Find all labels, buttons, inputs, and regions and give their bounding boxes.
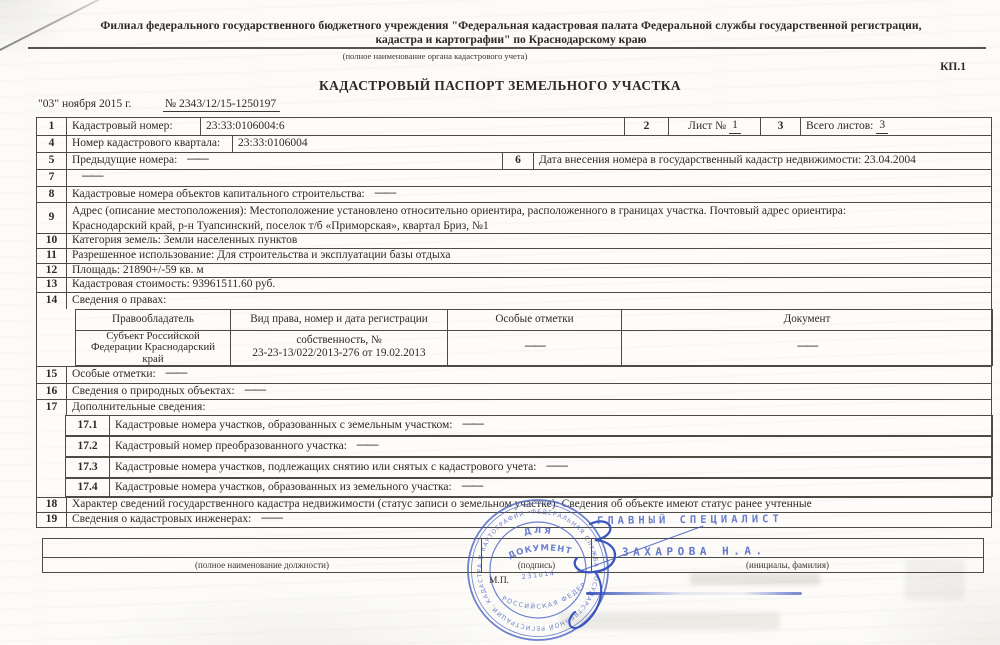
subrow-number: 17.3 <box>66 458 110 477</box>
cadastral-table: 1 Кадастровый номер: 23:33:0106004:6 2 Л… <box>36 117 992 528</box>
previous-numbers-cell: Предыдущие номера: —— <box>67 153 503 169</box>
cadastral-value-text: Кадастровая стоимость: 93961511.60 руб. <box>67 278 991 292</box>
subrow-17-1: 17.1 Кадастровые номера участков, образо… <box>65 415 993 436</box>
area-text: Площадь: 21890+/-59 кв. м <box>67 264 991 277</box>
empty-dash: —— <box>187 153 207 167</box>
total-sheets-cell: Всего листов: 3 <box>801 118 991 135</box>
permitted-use-text: Разрешенное использование: Для строитель… <box>67 249 991 263</box>
row-number: 13 <box>37 278 67 292</box>
subrow-label: Кадастровые номера участков, образованны… <box>115 419 453 433</box>
quarter-number-label: Номер кадастрового квартала: <box>67 136 233 152</box>
rights-holder: Субъект Российской Федерации Краснодарск… <box>76 331 231 365</box>
org-caption: (полное наименование органа кадастрового… <box>0 51 870 61</box>
empty-dash: —— <box>82 170 102 184</box>
row-15: 15 Особые отметки: —— <box>37 366 991 383</box>
subrow-text: Кадастровый номер преобразованного участ… <box>110 437 992 456</box>
rights-header-type: Вид права, номер и дата регистрации <box>231 310 448 330</box>
empty-dash: —— <box>463 418 483 432</box>
row-8: 8 Кадастровые номера объектов капитально… <box>37 186 991 202</box>
subrow-number: 17.2 <box>66 437 110 456</box>
position-cell <box>43 539 482 557</box>
row-9: 9 Адрес (описание местоположения): Место… <box>37 202 991 233</box>
sheet-label: Лист № <box>688 120 726 134</box>
org-name-line1: Филиал федерального государственного бюд… <box>30 19 992 32</box>
document-title: КАДАСТРОВЫЙ ПАСПОРТ ЗЕМЕЛЬНОГО УЧАСТКА <box>0 78 1000 94</box>
total-sheets-label: Всего листов: <box>806 120 873 134</box>
subrow-text: Кадастровые номера участков, подлежащих … <box>110 458 992 477</box>
row-number: 14 <box>37 293 67 309</box>
capital-objects-label: Кадастровые номера объектов капитального… <box>72 188 365 202</box>
total-sheets-value: 3 <box>876 119 888 134</box>
row-number: 15 <box>37 367 67 383</box>
empty-cell: —— <box>67 170 991 186</box>
rights-type-line2: 23-23-13/022/2013-276 от 19.02.2013 <box>236 347 442 360</box>
row-number: 4 <box>37 136 67 152</box>
empty-dash: —— <box>166 367 186 381</box>
subrow-label: Кадастровые номера участков, образованны… <box>115 481 452 495</box>
scan-smudge <box>905 560 965 600</box>
subrow-17-3: 17.3 Кадастровые номера участков, подлеж… <box>65 457 993 478</box>
empty-dash: —— <box>375 187 395 200</box>
subrow-label: Кадастровые номера участков, подлежащих … <box>115 461 536 475</box>
row-number: 19 <box>37 513 67 527</box>
row-7: 7 —— <box>37 169 991 186</box>
row-5-6: 5 Предыдущие номера: —— 6 Дата внесения … <box>37 152 991 169</box>
row-14-block: 14 Сведения о правах: Правообладатель Ви… <box>37 292 991 366</box>
address-line1: Адрес (описание местоположения): Местопо… <box>72 204 986 219</box>
row-number: 12 <box>37 264 67 277</box>
sheet-value: 1 <box>729 119 741 134</box>
rights-document-cell: —— <box>622 331 992 365</box>
special-notes-cell: Особые отметки: —— <box>67 367 991 383</box>
row-10: 10 Категория земель: Земли населенных пу… <box>37 233 991 248</box>
empty-dash: —— <box>245 384 265 397</box>
row-number: 17 <box>37 400 67 415</box>
rights-label-row: 14 Сведения о правах: <box>37 293 991 309</box>
rights-label: Сведения о правах: <box>67 293 991 309</box>
empty-dash: —— <box>261 513 281 526</box>
natural-objects-cell: Сведения о природных объектах: —— <box>67 384 991 399</box>
subrow-text: Кадастровые номера участков, образованны… <box>110 479 992 496</box>
scanned-cadastral-passport-page: { "header": { "org_line1": "Филиал федер… <box>0 0 1000 645</box>
rights-table: Правообладатель Вид права, номер и дата … <box>75 309 993 366</box>
stamp-name-text: ЗАХАРОВА Н.А. <box>622 544 767 559</box>
org-name-line2: кадастра и картографии" по Краснодарском… <box>30 33 992 46</box>
document-number: № 2343/12/15-1250197 <box>163 97 280 112</box>
gkn-date-text: Дата внесения номера в государственный к… <box>534 153 991 169</box>
row-number: 10 <box>37 234 67 248</box>
address-cell: Адрес (описание местоположения): Местопо… <box>67 203 991 233</box>
quarter-number-value: 23:33:0106004 <box>233 136 991 152</box>
subrow-number: 17.1 <box>66 416 110 435</box>
additional-info-label: Дополнительные сведения: <box>67 400 991 415</box>
subrow-label: Кадастровый номер преобразованного участ… <box>115 440 347 454</box>
row-number: 3 <box>761 118 801 135</box>
subrow-17-2: 17.2 Кадастровый номер преобразованного … <box>65 436 993 457</box>
cadastral-engineers-label: Сведения о кадастровых инженерах: <box>72 513 251 527</box>
natural-objects-label: Сведения о природных объектах: <box>72 385 235 399</box>
position-caption: (полное наименование должности) <box>43 558 482 572</box>
previous-numbers-label: Предыдущие номера: <box>72 154 177 168</box>
form-code: КП.1 <box>940 61 966 73</box>
empty-dash: —— <box>357 439 377 453</box>
land-category-text: Категория земель: Земли населенных пункт… <box>67 234 991 248</box>
row-16: 16 Сведения о природных объектах: —— <box>37 383 991 399</box>
row-number: 6 <box>503 153 534 169</box>
row-number: 16 <box>37 384 67 399</box>
capital-objects-cell: Кадастровые номера объектов капитального… <box>67 187 991 202</box>
cadastral-number-label: Кадастровый номер: <box>67 118 201 135</box>
row-13: 13 Кадастровая стоимость: 93961511.60 ру… <box>37 277 991 292</box>
rights-header-row: Правообладатель Вид права, номер и дата … <box>76 310 992 330</box>
row-12: 12 Площадь: 21890+/-59 кв. м <box>37 263 991 277</box>
handwritten-signature <box>535 510 715 642</box>
rights-header-document: Документ <box>622 310 992 330</box>
org-underline <box>28 47 986 49</box>
row-number: 18 <box>37 498 67 512</box>
subrow-text: Кадастровые номера участков, образованны… <box>110 416 992 435</box>
row-1: 1 Кадастровый номер: 23:33:0106004:6 2 Л… <box>37 118 991 135</box>
row-number: 7 <box>37 170 67 186</box>
empty-dash: —— <box>797 340 816 353</box>
row-number: 1 <box>37 118 67 135</box>
subrow-number: 17.4 <box>66 479 110 496</box>
special-notes-label: Особые отметки: <box>72 368 156 382</box>
row-11: 11 Разрешенное использование: Для строит… <box>37 248 991 263</box>
additional-info-label-row: 17 Дополнительные сведения: <box>37 400 991 415</box>
document-date: "03" ноября 2015 г. <box>38 97 131 110</box>
empty-dash: —— <box>462 480 482 494</box>
cadastral-number-value: 23:33:0106004:6 <box>201 118 625 135</box>
rights-data-row: Субъект Российской Федерации Краснодарск… <box>76 330 992 365</box>
empty-dash: —— <box>525 340 544 353</box>
row-number: 5 <box>37 153 67 169</box>
stamp-role-text: ГЛАВНЫЙ СПЕЦИАЛИСТ <box>597 513 783 527</box>
address-line2: Краснодарский край, р-н Туапсинский, пос… <box>72 219 986 233</box>
row-4: 4 Номер кадастрового квартала: 23:33:010… <box>37 135 991 152</box>
rights-header-holder: Правообладатель <box>76 310 231 330</box>
row-number: 8 <box>37 187 67 202</box>
rights-type-cell: собственность, № 23-23-13/022/2013-276 о… <box>231 331 448 365</box>
pen-stroke <box>586 592 802 595</box>
row-17-block: 17 Дополнительные сведения: 17.1 Кадастр… <box>37 399 991 497</box>
rights-notes-cell: —— <box>448 331 622 365</box>
row-number: 11 <box>37 249 67 263</box>
sheet-cell: Лист № 1 <box>669 118 761 135</box>
empty-dash: —— <box>546 460 566 474</box>
rights-type-line1: собственность, № <box>236 334 442 347</box>
rights-header-notes: Особые отметки <box>448 310 622 330</box>
row-number: 2 <box>625 118 669 135</box>
row-number: 9 <box>37 203 67 233</box>
